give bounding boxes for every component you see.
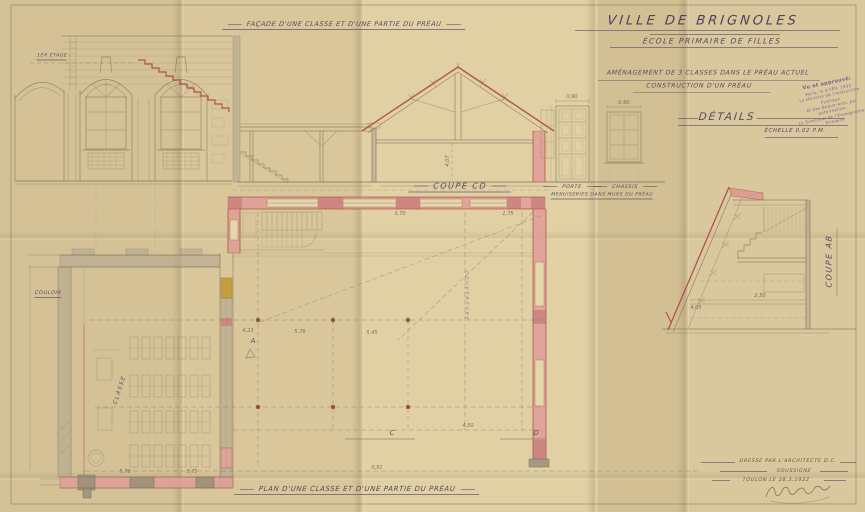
- dimension-label: 0,90: [618, 100, 629, 106]
- architect-signature: [766, 486, 830, 497]
- scale-underline: [765, 137, 838, 138]
- title-block-linework: [766, 486, 830, 503]
- dimension-label: 4,50: [462, 423, 473, 429]
- details-heading: DÉTAILS: [698, 111, 756, 123]
- dimension-label: 4,23: [242, 328, 253, 334]
- credit-line-3: TOULON LE 28.3.1932: [742, 477, 810, 483]
- credit-rule: [712, 480, 730, 481]
- dimension-label: 3,70: [394, 211, 405, 217]
- section-marker: A: [251, 337, 256, 345]
- floor-plan: [28, 185, 697, 498]
- etage-label: 1ER ÉTAGE: [36, 54, 67, 61]
- section-marker: C: [390, 429, 395, 437]
- credit-rule: [720, 471, 767, 472]
- dimension-label: 0,51: [371, 465, 382, 471]
- credit-line-2: SOUSSIGNÉ: [776, 468, 811, 474]
- project-underline: [633, 92, 770, 93]
- dimension-label: 4,05: [690, 305, 701, 311]
- menuiseries-caption: MENUISERIES DANS MURS DU PRÉAU: [551, 193, 654, 200]
- section-marker: D: [533, 429, 538, 437]
- dimension-label: 5,76: [294, 329, 305, 335]
- sheet-title: VILLE DE BRIGNOLES: [606, 14, 799, 29]
- couverture-label: COUVERTURE: [464, 270, 469, 322]
- subtitle-underline: [610, 47, 838, 48]
- dimension-label: 5,75: [186, 469, 197, 475]
- project-line-2: CONSTRUCTION D'UN PRÉAU: [646, 83, 752, 90]
- coupe-cd-label: COUPE CD: [408, 182, 511, 193]
- credit-rule: [840, 462, 856, 463]
- blueprint-sheet: VILLE DE BRIGNOLES ÉCOLE PRIMAIRE DE FIL…: [0, 0, 865, 512]
- project-underline: [598, 80, 820, 81]
- sheet-subtitle: ÉCOLE PRIMAIRE DE FILLES: [642, 37, 782, 46]
- dimension-label: 5,76: [119, 469, 130, 475]
- details-rule: [678, 118, 698, 119]
- title-underline: [575, 30, 840, 31]
- dimension-label: 1,75: [502, 211, 513, 217]
- credit-rule: [824, 480, 846, 481]
- credit-rule: [701, 462, 735, 463]
- dimension-label: 5,45: [366, 330, 377, 336]
- dimension-label: 2,50: [754, 293, 765, 299]
- coupe-ab-label: COUPE AB: [825, 234, 834, 288]
- credit-line-1: DRESSÉ PAR L'ARCHITECTE D.C.: [739, 458, 837, 464]
- couloir-label: COULOIR: [34, 290, 62, 298]
- chassis-label: CHASSIS: [588, 184, 662, 190]
- dimension-label: 4,07: [445, 155, 451, 166]
- menuiserie-details: [541, 99, 644, 182]
- project-line-1: AMÉNAGEMENT DE 3 CLASSES DANS LE PRÉAU A…: [606, 70, 809, 77]
- facade-label: FAÇADE D'UNE CLASSE ET D'UNE PARTIE DU P…: [222, 20, 466, 30]
- drawing-linework: [0, 0, 865, 512]
- scale-note: ÉCHELLE 0,02 P.M.: [764, 128, 826, 134]
- title-underline: [650, 34, 780, 35]
- plan-label: PLAN D'UNE CLASSE ET D'UNE PARTIE DU PRÉ…: [234, 485, 480, 495]
- dimension-label: 0,90: [566, 94, 577, 100]
- credit-rule: [820, 471, 848, 472]
